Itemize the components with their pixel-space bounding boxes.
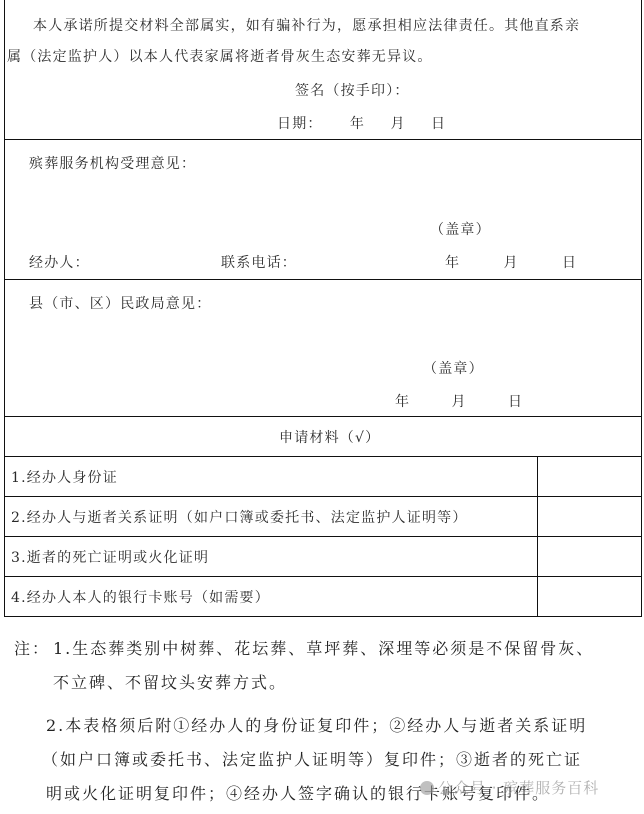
pledge-section: 本人承诺所提交材料全部属实，如有骗补行为，愿承担相应法律责任。其他直系亲 属（法… bbox=[5, 0, 641, 140]
pledge-date-row: 日期： 年 月 日 bbox=[277, 115, 446, 133]
handler-label: 经办人： bbox=[29, 254, 90, 272]
materials-header-section: 申请材料（√） bbox=[5, 417, 641, 457]
date-month: 月 bbox=[452, 394, 467, 410]
material-check-cell[interactable] bbox=[538, 457, 641, 496]
material-check-cell[interactable] bbox=[538, 497, 641, 536]
material-row: 4.经办人本人的银行卡账号（如需要） bbox=[5, 577, 641, 617]
civil-affairs-title: 县（市、区）民政局意见： bbox=[29, 295, 211, 313]
civil-affairs-opinion-section: 县（市、区）民政局意见： （盖章） 年 月 日 bbox=[5, 280, 641, 417]
material-label: 4.经办人本人的银行卡账号（如需要） bbox=[5, 577, 538, 616]
watermark-text: 公众号 · 殡葬服务百科 bbox=[438, 777, 599, 798]
note2-line1: 2.本表格须后附①经办人的身份证复印件；②经办人与逝者关系证明 bbox=[46, 715, 587, 737]
date-year: 年 bbox=[445, 255, 460, 271]
signature-label: 签名（按手印）： bbox=[295, 82, 410, 100]
material-label: 3.逝者的死亡证明或火化证明 bbox=[5, 537, 538, 576]
date-year: 年 bbox=[395, 394, 410, 410]
civil-affairs-date-row: 年 月 日 bbox=[395, 393, 523, 411]
funeral-org-title: 殡葬服务机构受理意见： bbox=[29, 155, 196, 173]
application-form-table: 本人承诺所提交材料全部属实，如有骗补行为，愿承担相应法律责任。其他直系亲 属（法… bbox=[4, 0, 642, 617]
notes-prefix: 注： bbox=[14, 638, 50, 660]
date-day: 日 bbox=[562, 255, 577, 271]
material-row: 2.经办人与逝者关系证明（如户口簿或委托书、法定监护人证明等） bbox=[5, 497, 641, 537]
note1-line2: 不立碑、不留坟头安葬方式。 bbox=[53, 672, 287, 694]
date-day: 日 bbox=[508, 394, 523, 410]
material-check-cell[interactable] bbox=[538, 537, 641, 576]
wechat-icon bbox=[420, 781, 434, 795]
material-label: 2.经办人与逝者关系证明（如户口簿或委托书、法定监护人证明等） bbox=[5, 497, 538, 536]
funeral-org-opinion-section: 殡葬服务机构受理意见： （盖章） 经办人： 联系电话： 年 月 日 bbox=[5, 140, 641, 280]
phone-label: 联系电话： bbox=[221, 254, 297, 272]
note2-line2: （如户口簿或委托书、法定监护人证明等）复印件；③逝者的死亡证 bbox=[42, 749, 582, 771]
funeral-org-seal: （盖章） bbox=[430, 221, 491, 239]
date-day: 日 bbox=[431, 116, 446, 132]
date-month: 月 bbox=[390, 116, 405, 132]
material-label: 1.经办人身份证 bbox=[5, 457, 538, 496]
material-check-cell[interactable] bbox=[538, 577, 641, 616]
note1-line1: 1.生态葬类别中树葬、花坛葬、草坪葬、深埋等必须是不保留骨灰、 bbox=[53, 638, 594, 660]
date-year: 年 bbox=[350, 116, 365, 132]
date-label: 日期： bbox=[277, 116, 323, 132]
material-row: 1.经办人身份证 bbox=[5, 457, 641, 497]
date-month: 月 bbox=[504, 255, 519, 271]
pledge-text-line2: 属（法定监护人）以本人代表家属将逝者骨灰生态安葬无异议。 bbox=[7, 48, 433, 66]
materials-header: 申请材料（√） bbox=[279, 429, 380, 447]
funeral-org-date-row: 年 月 日 bbox=[445, 254, 577, 272]
watermark: 公众号 · 殡葬服务百科 bbox=[420, 777, 599, 798]
civil-affairs-seal: （盖章） bbox=[423, 360, 484, 378]
material-row: 3.逝者的死亡证明或火化证明 bbox=[5, 537, 641, 577]
pledge-text-line1: 本人承诺所提交材料全部属实，如有骗补行为，愿承担相应法律责任。其他直系亲 bbox=[33, 17, 580, 35]
